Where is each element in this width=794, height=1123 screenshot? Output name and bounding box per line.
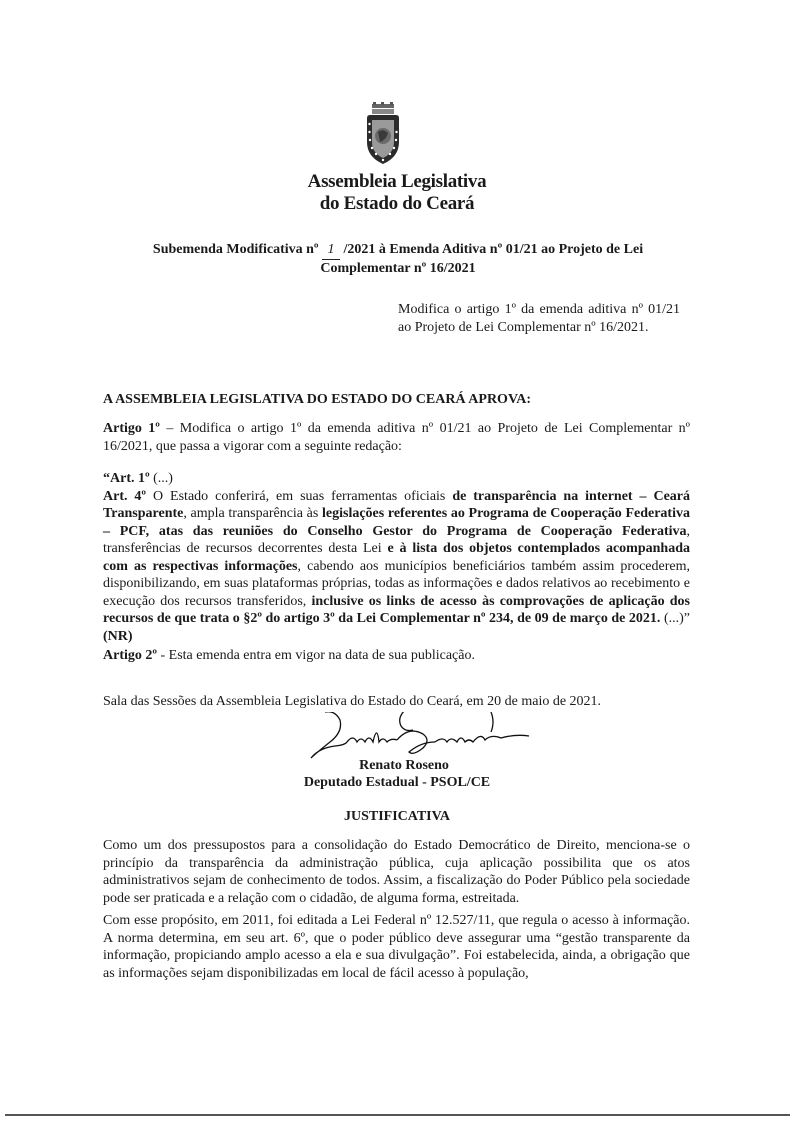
quote-art4-label: Art. 4º bbox=[103, 489, 146, 504]
handwritten-number: 1 bbox=[322, 241, 340, 260]
signatory-role: Deputado Estadual - PSOL/CE bbox=[0, 774, 794, 791]
enacting-clause: A ASSEMBLEIA LEGISLATIVA DO ESTADO DO CE… bbox=[103, 392, 531, 408]
quote-nr: (NR) bbox=[103, 629, 133, 644]
ementa: Modifica o artigo 1º da emenda aditiva n… bbox=[398, 301, 680, 336]
article-2-text: - Esta emenda entra em vigor na data de … bbox=[157, 648, 475, 663]
quote-seg: (...)” bbox=[660, 611, 690, 626]
org-name-line2: do Estado do Ceará bbox=[0, 193, 794, 215]
justification-paragraph-2: Com esse propósito, em 2011, foi editada… bbox=[103, 912, 690, 982]
coat-of-arms-icon bbox=[364, 102, 402, 166]
signatory-name: Renato Roseno bbox=[0, 757, 794, 774]
quoted-amendment: “Art. 1º (...)Art. 4º O Estado conferirá… bbox=[103, 470, 690, 645]
article-1-label: Artigo 1º bbox=[103, 421, 160, 436]
article-1-text: – Modifica o artigo 1º da emenda aditiva… bbox=[103, 421, 690, 454]
justification-paragraph-1: Como um dos pressupostos para a consolid… bbox=[103, 837, 690, 907]
session-date-line: Sala das Sessões da Assembleia Legislati… bbox=[103, 693, 690, 711]
quote-seg: O Estado conferirá, em suas ferramentas … bbox=[146, 489, 452, 504]
title-suffix: /2021 à Emenda Aditiva nº 01/21 ao Proje… bbox=[344, 242, 644, 257]
quote-art1-rest: (...) bbox=[150, 471, 173, 486]
quote-art1-label: “Art. 1º bbox=[103, 471, 150, 486]
justification-heading: JUSTIFICATIVA bbox=[0, 809, 794, 825]
document-title: Subemenda Modificativa nº 1 /2021 à Emen… bbox=[138, 241, 658, 278]
org-name-line1: Assembleia Legislativa bbox=[0, 171, 794, 193]
quote-seg: , ampla transparência às bbox=[183, 506, 322, 521]
footer-divider bbox=[5, 1114, 790, 1116]
article-2-label: Artigo 2º bbox=[103, 648, 157, 663]
article-1: Artigo 1º – Modifica o artigo 1º da emen… bbox=[103, 420, 690, 455]
title-prefix: Subemenda Modificativa nº bbox=[153, 242, 319, 257]
article-2: Artigo 2º - Esta emenda entra em vigor n… bbox=[103, 647, 690, 665]
title-line2: Complementar nº 16/2021 bbox=[320, 261, 475, 276]
